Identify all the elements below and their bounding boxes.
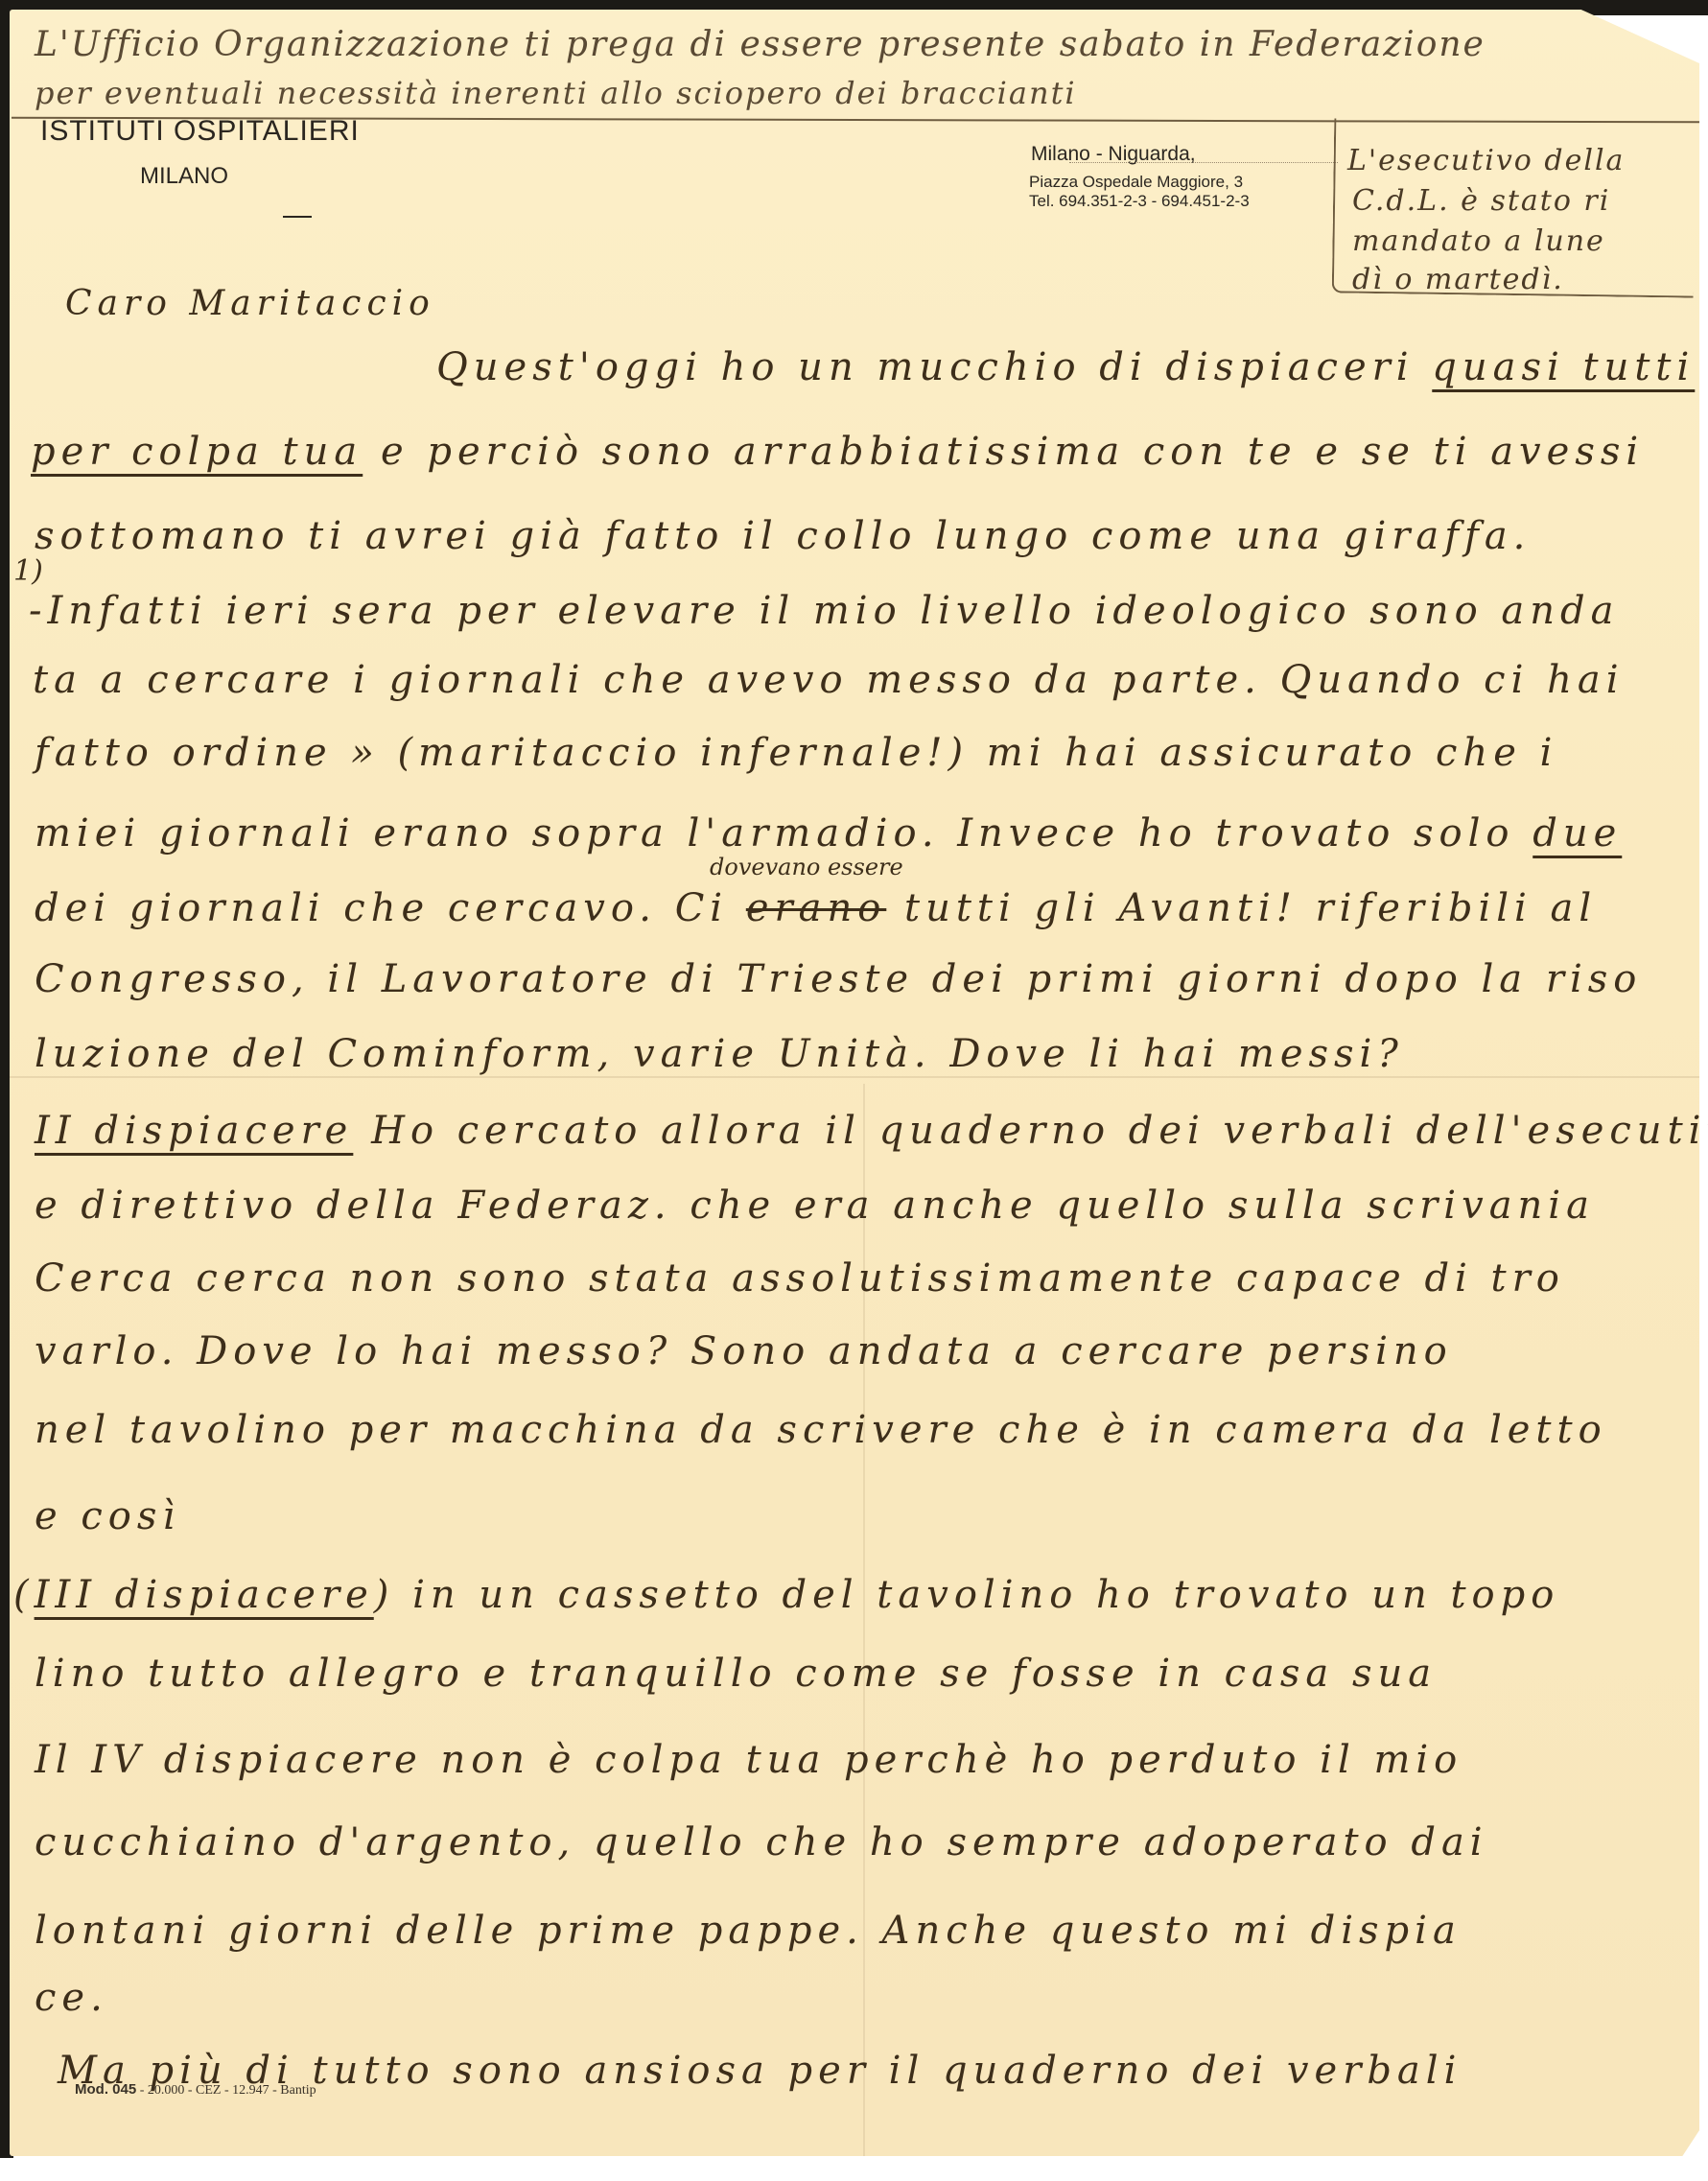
letter-line-18: lino tutto allegro e tranquillo come se …: [35, 1652, 1437, 1696]
letter-line-14: varlo. Dove lo hai messo? Sono andata a …: [35, 1329, 1453, 1373]
underlined-text: quasi tutti: [1432, 345, 1695, 389]
salutation: Caro Maritaccio: [65, 284, 435, 323]
form-code: Mod. 045: [75, 2081, 136, 2098]
letter-line-22: ce.: [35, 1976, 108, 2020]
letter-line-9: Congresso, il Lavoratore di Trieste dei …: [35, 957, 1642, 1001]
date-dotted-line: [1069, 162, 1338, 163]
top-note-line-2: per eventuali necessità inerenti allo sc…: [35, 75, 1077, 111]
line-text: ) in un cassetto del tavolino ho trovato…: [374, 1573, 1560, 1617]
side-note-line-1: L'esecutivo della: [1347, 144, 1625, 177]
side-note-line-2: C.d.L. è stato ri: [1352, 184, 1610, 218]
letter-line-8: dei giornali che cercavo. Ci erano tutti…: [35, 886, 1597, 930]
letter-line-15: nel tavolino per macchina da scrivere ch…: [35, 1408, 1607, 1452]
line-text: Quest'oggi ho un mucchio di dispiaceri: [436, 345, 1432, 389]
address-line-2: Piazza Ospedale Maggiore, 3: [1029, 173, 1243, 192]
side-note-line-3: mandato a lune: [1352, 224, 1605, 258]
letter-line-1: Quest'oggi ho un mucchio di dispiaceri q…: [436, 345, 1695, 389]
letter-line-10: luzione del Cominform, varie Unità. Dove…: [35, 1032, 1404, 1076]
paper-fold-horizontal: [10, 1076, 1699, 1078]
letter-line-11: II dispiacere Ho cercato allora il quade…: [35, 1109, 1708, 1153]
top-note-line-1: L'Ufficio Organizzazione ti prega di ess…: [35, 25, 1486, 64]
struck-out-text: erano: [746, 886, 886, 930]
letter-line-13: Cerca cerca non sono stata assolutissima…: [35, 1256, 1565, 1301]
letter-line-21: lontani giorni delle prime pappe. Anche …: [35, 1909, 1462, 1953]
underlined-text: due: [1533, 811, 1622, 856]
open-paren: (: [13, 1573, 35, 1617]
letter-line-4: -Infatti ieri sera per elevare il mio li…: [29, 589, 1619, 633]
side-note-line-4: dì o martedì.: [1352, 263, 1564, 296]
margin-marker: 1): [13, 554, 43, 588]
line-text: dei giornali che cercavo. Ci: [35, 886, 746, 930]
inserted-text-above: dovevano essere: [710, 854, 903, 880]
letter-line-16: e così: [35, 1494, 180, 1538]
letter-line-3: sottomano ti avrei già fatto il collo lu…: [35, 514, 1531, 558]
print-info: - 20.000 - CEZ - 12.947 - Bantip: [136, 2083, 316, 2098]
letter-line-12: e direttivo della Federaz. che era anche…: [35, 1184, 1595, 1228]
underlined-text: II dispiacere: [35, 1109, 353, 1153]
line-text: tutti gli Avanti! riferibili al: [886, 886, 1597, 930]
letter-line-2: per colpa tua e perciò sono arrabbiatiss…: [31, 430, 1644, 474]
underlined-text: III dispiacere: [35, 1573, 374, 1617]
line-text: miei giornali erano sopra l'armadio. Inv…: [35, 811, 1533, 856]
letter-line-7: miei giornali erano sopra l'armadio. Inv…: [35, 811, 1622, 856]
letter-line-5: ta a cercare i giornali che avevo messo …: [33, 658, 1624, 702]
institution-city: MILANO: [140, 163, 228, 190]
line-text: e perciò sono arrabbiatissima con te e s…: [363, 430, 1644, 474]
line-text: Ho cercato allora il quaderno dei verbal…: [353, 1109, 1708, 1153]
paper-fold-vertical: [863, 1084, 865, 2156]
letter-line-6: fatto ordine » (maritaccio infernale!) m…: [35, 731, 1557, 775]
phone-numbers: Tel. 694.351-2-3 - 694.451-2-3: [1029, 192, 1250, 211]
letterhead-dash: [283, 216, 312, 218]
letter-line-19: Il IV dispiacere non è colpa tua perchè …: [35, 1738, 1462, 1782]
underlined-text: per colpa tua: [31, 430, 363, 474]
form-print-code: Mod. 045 - 20.000 - CEZ - 12.947 - Banti…: [75, 2081, 316, 2099]
letter-line-17: (III dispiacere) in un cassetto del tavo…: [13, 1573, 1559, 1617]
institution-name: ISTITUTI OSPITALIERI: [40, 115, 360, 148]
letter-line-20: cucchiaino d'argento, quello che ho semp…: [35, 1820, 1488, 1864]
